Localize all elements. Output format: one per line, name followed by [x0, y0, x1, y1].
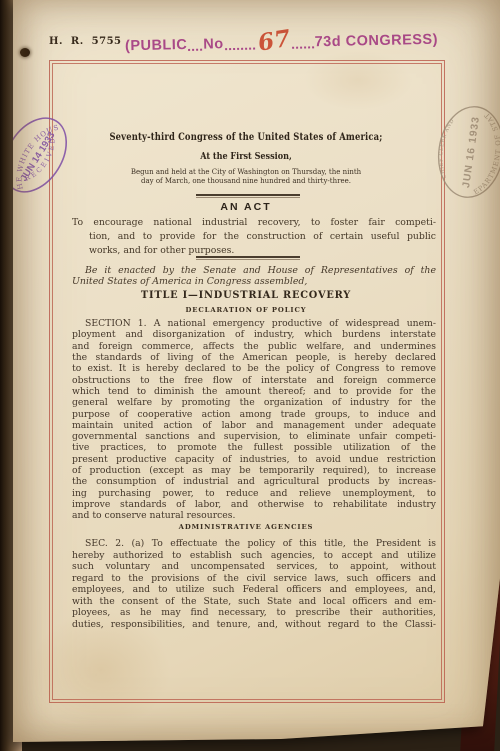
stamp-no-label: No [203, 36, 224, 52]
divider-rule [196, 194, 300, 196]
stamp-text-congress: 73d CONGRESS) [314, 32, 438, 51]
divider-rule [196, 256, 300, 258]
administrative-agencies-heading: ADMINISTRATIVE AGENCIES [46, 523, 446, 531]
text-line: hereby authorized to establish such agen… [72, 550, 436, 562]
department-of-state-stamp: CHIEF CLERK AND JUN 16 1933 DEPARTMENT O… [409, 90, 500, 214]
text-line: to exist. It is hereby declared to be th… [72, 363, 436, 374]
act-heading: AN ACT [46, 201, 446, 213]
text-line: United States of America in Congress ass… [72, 276, 436, 287]
act-purpose: To encourage national industrial recover… [72, 216, 436, 257]
text-line: SECTION 1. A national emergency producti… [72, 318, 436, 329]
text-line: of production (except as may be temporar… [72, 465, 436, 476]
text-line: such voluntary and uncompensated service… [72, 561, 436, 573]
text-line: ployment and disorganization of industry… [72, 329, 436, 340]
text-line: improve standards of labor, and otherwis… [72, 499, 436, 510]
text-line: tive practices, to promote the fullest p… [72, 442, 436, 453]
text-line: governmental sanctions and supervision, … [72, 431, 436, 442]
text-line: ing purchasing power, to reduce and reli… [72, 488, 436, 499]
text-line: regard to the provisions of the civil se… [72, 573, 436, 585]
stamp-text-prefix: (PUBLIC [125, 37, 188, 54]
text-line: To encourage national industrial recover… [72, 216, 436, 230]
text-line: ployees, as he may find necessary, to pr… [72, 607, 436, 619]
text-line: day of March, one thousand nine hundred … [46, 177, 446, 186]
text-line: duties, responsibilities, and tenure, an… [72, 619, 436, 631]
section-1-paragraph: SECTION 1. A national emergency producti… [72, 318, 436, 522]
document-page: H. R. 5755 (PUBLIC No 67 73d CONGRESS) S… [13, 0, 500, 751]
text-line: the consumption of industrial and agricu… [72, 476, 436, 487]
dotted-leader [225, 38, 255, 51]
punch-hole [20, 48, 30, 57]
text-line: obstructions to the free flow of interst… [72, 375, 436, 386]
state-stamp-date: JUN 16 1933 [461, 116, 482, 189]
handwritten-law-number: 67 [256, 27, 292, 55]
text-line: purpose of cooperative action among trad… [72, 409, 436, 420]
text-line: SEC. 2. (a) To effectuate the policy of … [72, 538, 436, 550]
text-line: maintain united action of labor and mana… [72, 420, 436, 431]
congress-heading: Seventy-third Congress of the United Sta… [86, 131, 406, 143]
dotted-leader [188, 39, 202, 51]
text-line: tion, and to provide for the constructio… [72, 230, 436, 244]
session-heading: At the First Session, [76, 151, 416, 162]
text-line: which tend to diminish the amount thereo… [72, 386, 436, 397]
section-2-paragraph: SEC. 2. (a) To effectuate the policy of … [72, 538, 436, 630]
public-law-number-stamp: (PUBLIC No 67 73d CONGRESS) [125, 26, 439, 61]
enacting-clause: Be it enacted by the Senate and House of… [72, 265, 436, 288]
text-line: employees, and to utilize such Federal o… [72, 584, 436, 596]
text-line: Begun and held at the City of Washington… [46, 168, 446, 177]
text-line: and foreign commerce, affects the public… [72, 341, 436, 352]
text-line: with the consent of the State, such Stat… [72, 596, 436, 608]
bill-number: H. R. 5755 [49, 36, 122, 47]
text-line: and to conserve natural resources. [72, 510, 436, 521]
text-line: Be it enacted by the Senate and House of… [72, 265, 436, 276]
preamble-text: Begun and held at the City of Washington… [46, 168, 446, 187]
text-line: the standards of living of the American … [72, 352, 436, 363]
text-line: general welfare by promoting the organiz… [72, 397, 436, 408]
title-i-heading: TITLE I—INDUSTRIAL RECOVERY [46, 290, 446, 301]
dotted-leader [292, 36, 314, 48]
page-wrapper: H. R. 5755 (PUBLIC No 67 73d CONGRESS) S… [13, 0, 500, 751]
text-line: present productive capacity of industrie… [72, 454, 436, 465]
scanned-act-page: H. R. 5755 (PUBLIC No 67 73d CONGRESS) S… [0, 0, 500, 751]
white-house-received-stamp: THE WHITE HOUSE JUN 14 1933 RECEIVED [0, 100, 90, 210]
declaration-of-policy-heading: DECLARATION OF POLICY [46, 306, 446, 314]
